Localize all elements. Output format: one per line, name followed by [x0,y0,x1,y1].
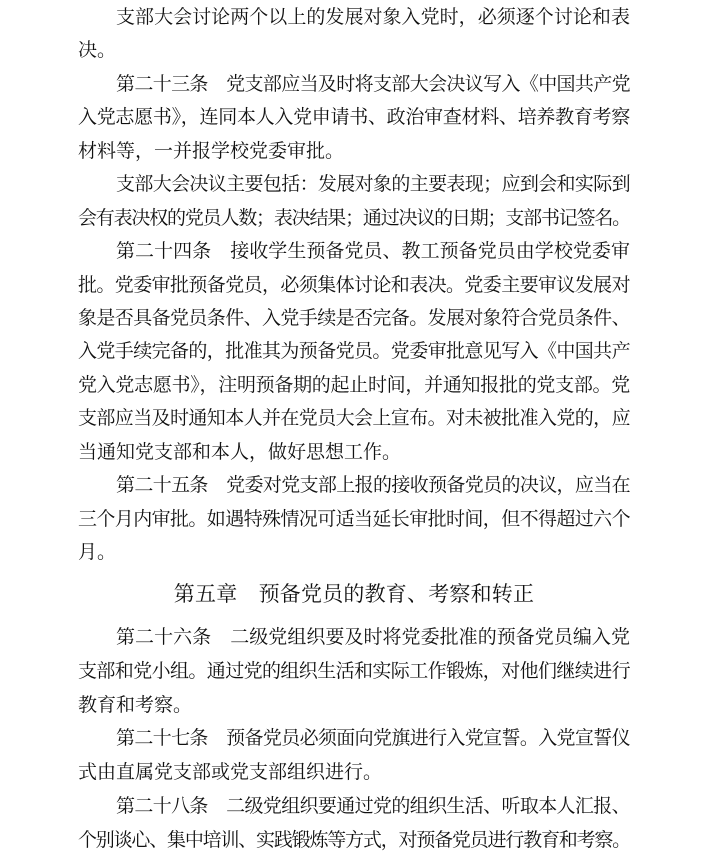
text-line: 月。 [78,536,630,569]
text-line: 入党手续完备的，批准其为预备党员。党委审批意见写入《中国共产 [78,335,630,368]
line-text: 第二十五条 党委对党支部上报的接收预备党员的决议，应当在 [116,469,630,502]
document-page: 支部大会讨论两个以上的发展对象入党时，必须逐个讨论和表 决。 第二十三条 党支部… [78,1,630,853]
text-line: 支部大会讨论两个以上的发展对象入党时，必须逐个讨论和表 [78,1,630,34]
line-text: 支部大会讨论两个以上的发展对象入党时，必须逐个讨论和表 [116,1,630,34]
text-line: 入党志愿书》，连同本人入党申请书、政治审查材料、培养教育考察 [78,101,630,134]
text-line: 会有表决权的党员人数；表决结果；通过决议的日期；支部书记签名。 [78,202,630,235]
document-section: 第二十六条 二级党组织要及时将党委批准的预备党员编入党 支部和党小组。通过党的组… [78,621,630,853]
paragraph-branch-meeting-vote: 支部大会讨论两个以上的发展对象入党时，必须逐个讨论和表 决。 [78,1,630,68]
paragraph-article-26: 第二十六条 二级党组织要及时将党委批准的预备党员编入党 支部和党小组。通过党的组… [78,621,630,722]
line-text: 式由直属党支部或党支部组织进行。 [78,756,382,790]
text-line: 式由直属党支部或党支部组织进行。 [78,756,630,790]
text-line: 支部应当及时通知本人并在党员大会上宣布。对未被批准入党的，应 [78,402,630,435]
line-text: 第二十六条 二级党组织要及时将党委批准的预备党员编入党 [116,621,630,655]
text-line: 当通知党支部和本人，做好思想工作。 [78,436,630,469]
line-text: 月。 [78,536,116,569]
line-text: 象是否具备党员条件、入党手续是否完备。发展对象符合党员条件、 [78,302,630,335]
paragraph-article-24: 第二十四条 接收学生预备党员、教工预备党员由学校党委审 批。党委审批预备党员，必… [78,235,630,469]
document-section: 支部大会讨论两个以上的发展对象入党时，必须逐个讨论和表 决。 第二十三条 党支部… [78,1,630,569]
line-text: 材料等，一并报学校党委审批。 [78,135,344,168]
text-line: 第二十五条 党委对党支部上报的接收预备党员的决议，应当在 [78,469,630,502]
line-text: 支部和党小组。通过党的组织生活和实际工作锻炼，对他们继续进行 [78,655,630,689]
text-line: 三个月内审批。如遇特殊情况可适当延长审批时间，但不得超过六个 [78,503,630,536]
paragraph-article-23: 第二十三条 党支部应当及时将支部大会决议写入《中国共产党 入党志愿书》，连同本人… [78,68,630,168]
paragraph-article-28: 第二十八条 二级党组织要通过党的组织生活、听取本人汇报、 个别谈心、集中培训、实… [78,790,630,853]
line-text: 批。党委审批预备党员，必须集体讨论和表决。党委主要审议发展对 [78,269,630,302]
text-line: 第二十七条 预备党员必须面向党旗进行入党宣誓。入党宣誓仪 [78,722,630,756]
text-line: 材料等，一并报学校党委审批。 [78,135,630,168]
line-text: 支部大会决议主要包括：发展对象的主要表现；应到会和实际到 [116,168,630,201]
text-line: 批。党委审批预备党员，必须集体讨论和表决。党委主要审议发展对 [78,269,630,302]
line-text: 会有表决权的党员人数；表决结果；通过决议的日期；支部书记签名。 [78,202,630,235]
text-line: 教育和考察。 [78,689,630,723]
text-line: 支部和党小组。通过党的组织生活和实际工作锻炼，对他们继续进行 [78,655,630,689]
paragraph-article-27: 第二十七条 预备党员必须面向党旗进行入党宣誓。入党宣誓仪 式由直属党支部或党支部… [78,722,630,790]
text-line: 党入党志愿书》，注明预备期的起止时间，并通知报批的党支部。党 [78,369,630,402]
line-text: 党入党志愿书》，注明预备期的起止时间，并通知报批的党支部。党 [78,369,630,402]
line-text: 决。 [78,34,116,67]
line-text: 支部应当及时通知本人并在党员大会上宣布。对未被批准入党的，应 [78,402,630,435]
line-text: 三个月内审批。如遇特殊情况可适当延长审批时间，但不得超过六个 [78,503,630,536]
text-line: 个别谈心、集中培训、实践锻炼等方式，对预备党员进行教育和考察。 [78,824,630,853]
line-text: 教育和考察。 [78,689,192,723]
text-line: 第二十八条 二级党组织要通过党的组织生活、听取本人汇报、 [78,790,630,824]
line-text: 第二十四条 接收学生预备党员、教工预备党员由学校党委审 [116,235,630,268]
chapter-heading: 第五章 预备党员的教育、考察和转正 [78,569,630,621]
text-line: 第二十三条 党支部应当及时将支部大会决议写入《中国共产党 [78,68,630,101]
text-line: 象是否具备党员条件、入党手续是否完备。发展对象符合党员条件、 [78,302,630,335]
line-text: 第二十八条 二级党组织要通过党的组织生活、听取本人汇报、 [116,790,630,824]
paragraph-resolution-contents: 支部大会决议主要包括：发展对象的主要表现；应到会和实际到 会有表决权的党员人数；… [78,168,630,235]
paragraph-article-25: 第二十五条 党委对党支部上报的接收预备党员的决议，应当在 三个月内审批。如遇特殊… [78,469,630,569]
text-line: 支部大会决议主要包括：发展对象的主要表现；应到会和实际到 [78,168,630,201]
line-text: 个别谈心、集中培训、实践锻炼等方式，对预备党员进行教育和考察。 [78,824,630,853]
line-text: 第二十三条 党支部应当及时将支部大会决议写入《中国共产党 [116,68,630,101]
line-text: 当通知党支部和本人，做好思想工作。 [78,436,401,469]
line-text: 入党手续完备的，批准其为预备党员。党委审批意见写入《中国共产 [78,335,630,368]
line-text: 入党志愿书》，连同本人入党申请书、政治审查材料、培养教育考察 [78,101,630,134]
line-text: 第二十七条 预备党员必须面向党旗进行入党宣誓。入党宣誓仪 [116,722,630,756]
text-line: 决。 [78,34,630,67]
text-line: 第二十四条 接收学生预备党员、教工预备党员由学校党委审 [78,235,630,268]
text-line: 第二十六条 二级党组织要及时将党委批准的预备党员编入党 [78,621,630,655]
